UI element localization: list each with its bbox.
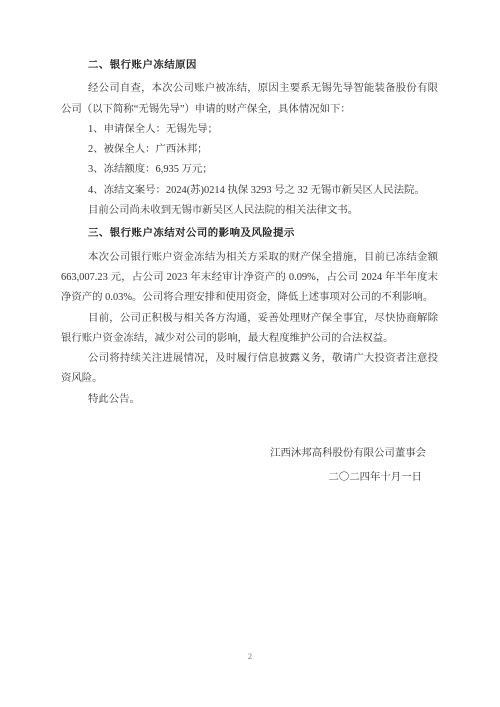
document-page: 二、银行账户冻结原因 经公司自查，本次公司账户被冻结，原因主要系无锡先导智能装备… xyxy=(0,0,500,707)
impact-paragraph: 本次公司银行账户资金冻结为相关方采取的财产保全措施，目前已冻结金额663,007… xyxy=(61,248,438,309)
section-2-intro-paragraph: 经公司自查，本次公司账户被冻结，原因主要系无锡先导智能装备股份有限公司（以下简称… xyxy=(61,79,438,120)
section-3-heading: 三、银行账户冻结对公司的影响及风险提示 xyxy=(61,224,438,244)
closing-statement: 特此公告。 xyxy=(61,390,438,410)
list-item-respondent: 2、被保全人：广西沐邦； xyxy=(61,140,438,160)
list-item-frozen-amount: 3、冻结额度：6,935 万元； xyxy=(61,160,438,180)
case-number-note-paragraph: 目前公司尚未收到无锡市新吴区人民法院的相关法律文书。 xyxy=(61,201,438,221)
list-item-applicant: 1、申请保全人：无锡先导； xyxy=(61,120,438,140)
document-content: 二、银行账户冻结原因 经公司自查，本次公司账户被冻结，原因主要系无锡先导智能装备… xyxy=(61,56,438,489)
signature-date: 二〇二四年十月一日 xyxy=(61,468,438,488)
communication-paragraph: 目前，公司正积极与相关各方沟通，妥善处理财产保全事宜，尽快协商解除银行账户资金冻… xyxy=(61,309,438,350)
disclosure-paragraph: 公司将持续关注进展情况，及时履行信息披露义务，敬请广大投资者注意投资风险。 xyxy=(61,349,438,390)
signature-company: 江西沐邦高科股份有限公司董事会 xyxy=(61,444,438,464)
page-number: 2 xyxy=(0,650,500,662)
list-item-case-number: 4、冻结文案号：2024(苏)0214 执保 3293 号之 32 无锡市新吴区… xyxy=(61,181,438,201)
section-2-heading: 二、银行账户冻结原因 xyxy=(61,56,438,76)
